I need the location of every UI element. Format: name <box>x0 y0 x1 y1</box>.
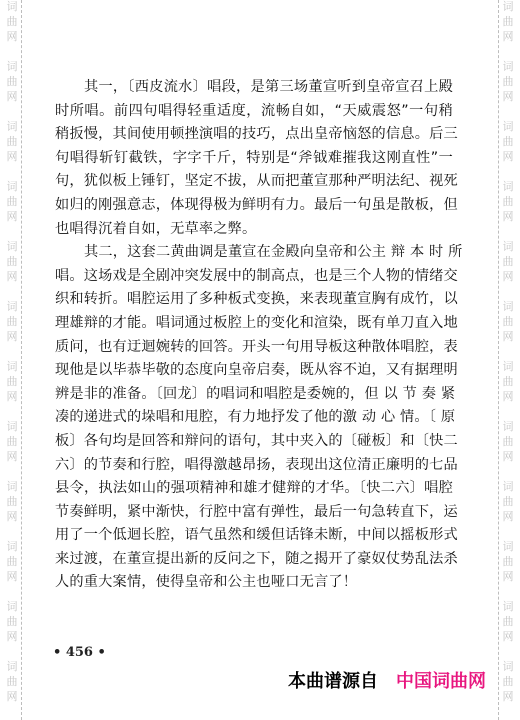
watermark-char: 网 <box>4 510 20 524</box>
watermark-char: 曲 <box>4 75 20 89</box>
watermark-char: 词 <box>4 420 20 434</box>
watermark-char: 词 <box>500 300 516 314</box>
left-margin-dashed-rule <box>21 0 22 720</box>
paragraph-line: 质问，也有迂迴婉转的回答。开头一句用导板这种散体唱腔，表 <box>55 336 453 360</box>
watermark-char: 词 <box>4 240 20 254</box>
paragraph-line: 节奏鲜明，紧中渐快，行腔中富有弹性，最后一句急转直下，运 <box>55 501 453 525</box>
watermark-char: 曲 <box>4 315 20 329</box>
watermark-char: 网 <box>4 330 20 344</box>
footer-credit-site-name: 中国词曲网 <box>396 671 486 692</box>
watermark-char: 曲 <box>500 15 516 29</box>
watermark-char: 网 <box>500 330 516 344</box>
paragraph-line: 来过渡，在董宣提出新的反问之下，随之揭开了豪奴仗势乱法杀 <box>55 548 453 572</box>
watermark-char: 词 <box>500 180 516 194</box>
watermark-char: 网 <box>4 450 20 464</box>
paragraph-first-line: 其二，这套二黄曲调是董宣在金殿向皇帝和公主 辩 本 时 所 <box>55 241 453 265</box>
paragraph-line: 人的重大案情，使得皇帝和公主也哑口无言了！ <box>55 571 453 595</box>
watermark-char: 词 <box>4 540 20 554</box>
paragraph-line: 句，犹似板上锤钉，坚定不拔，从而把董宣那种严明法纪、视死 <box>55 170 453 194</box>
watermark-char: 曲 <box>500 135 516 149</box>
watermark-char: 词 <box>500 660 516 674</box>
paragraph-line: 稍扳慢，其间使用顿挫演唱的技巧，点出皇帝恼怒的信息。后三 <box>55 123 453 147</box>
paragraph-line: 唱。这场戏是全剧冲突发展中的制高点，也是三个人物的情绪交 <box>55 265 453 289</box>
paragraph-line: 时所唱。前四句唱得轻重适度，流畅自如，“天威震怒”一句稍 <box>55 100 453 124</box>
watermark-char: 词 <box>500 540 516 554</box>
watermark-char: 曲 <box>4 435 20 449</box>
paragraph-line: 六〕的节奏和行腔，唱得激越昂扬，表现出这位清正廉明的七品 <box>55 454 453 478</box>
watermark-char: 网 <box>500 210 516 224</box>
watermark-char: 词 <box>4 120 20 134</box>
watermark-char: 曲 <box>4 615 20 629</box>
watermark-char: 网 <box>500 390 516 404</box>
watermark-char: 词 <box>500 60 516 74</box>
watermark-char: 网 <box>500 450 516 464</box>
watermark-char: 曲 <box>4 375 20 389</box>
watermark-char: 网 <box>500 270 516 284</box>
watermark-char: 词 <box>500 600 516 614</box>
paragraph-line: 织和转折。唱腔运用了多种板式变换，来表现董宣胸有成竹，以 <box>55 288 453 312</box>
watermark-char: 词 <box>500 480 516 494</box>
watermark-char: 网 <box>4 570 20 584</box>
watermark-char: 网 <box>500 630 516 644</box>
right-margin-dashed-rule <box>498 0 499 720</box>
watermark-char: 曲 <box>500 555 516 569</box>
watermark-char: 网 <box>500 30 516 44</box>
watermark-char: 网 <box>500 690 516 704</box>
paragraph-line: 句唱得斩钉截铁，字字千斤，特别是“斧钺难摧我这刚直性”一 <box>55 147 453 171</box>
watermark-char: 曲 <box>500 195 516 209</box>
paragraph-line: 现他是以毕恭毕敬的态度向皇帝启奏，既从容不迫，又有据理明 <box>55 359 453 383</box>
watermark-char: 网 <box>500 150 516 164</box>
paragraph-line: 凑的递进式的垛唱和甩腔，有力地抒发了他的激 动 心 情。〔 原 <box>55 406 453 430</box>
footer-credit-prefix: 本曲谱源自 <box>288 671 378 692</box>
paragraph-line: 县令，执法如山的强项精神和雄才健辩的才华。〔快二六〕唱腔 <box>55 477 453 501</box>
watermark-char: 网 <box>4 630 20 644</box>
watermark-char: 词 <box>500 0 516 14</box>
watermark-char: 网 <box>4 210 20 224</box>
watermark-char: 词 <box>500 360 516 374</box>
watermark-char: 网 <box>4 150 20 164</box>
watermark-char: 曲 <box>4 195 20 209</box>
watermark-char: 词 <box>4 180 20 194</box>
watermark-char: 词 <box>4 300 20 314</box>
paragraph-line: 也唱得沉着自如，无草率之弊。 <box>55 218 453 242</box>
paragraph-line: 辨是非的准备。〔回龙〕的唱词和唱腔是委婉的，但 以 节 奏 紧 <box>55 383 453 407</box>
watermark-char: 曲 <box>500 675 516 689</box>
watermark-char: 曲 <box>500 495 516 509</box>
watermark-char: 曲 <box>500 315 516 329</box>
watermark-char: 词 <box>500 240 516 254</box>
watermark-char: 网 <box>4 270 20 284</box>
watermark-char: 曲 <box>500 435 516 449</box>
watermark-char: 网 <box>4 390 20 404</box>
watermark-char: 网 <box>500 570 516 584</box>
watermark-char: 曲 <box>4 555 20 569</box>
watermark-char: 词 <box>4 600 20 614</box>
watermark-char: 词 <box>4 0 20 14</box>
watermark-char: 词 <box>4 360 20 374</box>
watermark-char: 网 <box>500 90 516 104</box>
watermark-char: 词 <box>4 60 20 74</box>
watermark-char: 曲 <box>4 15 20 29</box>
watermark-char: 曲 <box>4 255 20 269</box>
watermark-char: 曲 <box>500 255 516 269</box>
watermark-char: 网 <box>4 30 20 44</box>
paragraph-line: 理雄辩的才能。唱词通过板腔上的变化和渲染，既有单刀直入地 <box>55 312 453 336</box>
watermark-char: 曲 <box>500 375 516 389</box>
watermark-char: 曲 <box>4 495 20 509</box>
watermark-char: 词 <box>4 480 20 494</box>
page-number: • 456 • <box>53 645 106 660</box>
watermark-char: 网 <box>4 90 20 104</box>
watermark-char: 曲 <box>4 135 20 149</box>
watermark-char: 词 <box>4 660 20 674</box>
watermark-char: 网 <box>4 690 20 704</box>
watermark-char: 词 <box>500 120 516 134</box>
paragraph-line: 用了一个低迴长腔，语气虽然和缓但话锋未断，中间以摇板形式 <box>55 524 453 548</box>
watermark-char: 词 <box>500 420 516 434</box>
watermark-char: 曲 <box>4 675 20 689</box>
watermark-char: 网 <box>500 510 516 524</box>
paragraph-first-line: 其一，〔西皮流水〕唱段，是第三场董宣听到皇帝宣召上殿 <box>55 76 453 100</box>
watermark-char: 曲 <box>500 75 516 89</box>
page-body-text: 其一，〔西皮流水〕唱段，是第三场董宣听到皇帝宣召上殿时所唱。前四句唱得轻重适度，… <box>55 76 453 595</box>
footer-credit: 本曲谱源自中国词曲网 <box>288 670 486 694</box>
paragraph-line: 如归的刚强意志，体现得极为鲜明有力。最后一句虽是散板，但 <box>55 194 453 218</box>
paragraph-line: 板〕各句均是回答和辩问的语句，其中夹入的〔碰板〕和〔快二 <box>55 430 453 454</box>
watermark-char: 曲 <box>500 615 516 629</box>
